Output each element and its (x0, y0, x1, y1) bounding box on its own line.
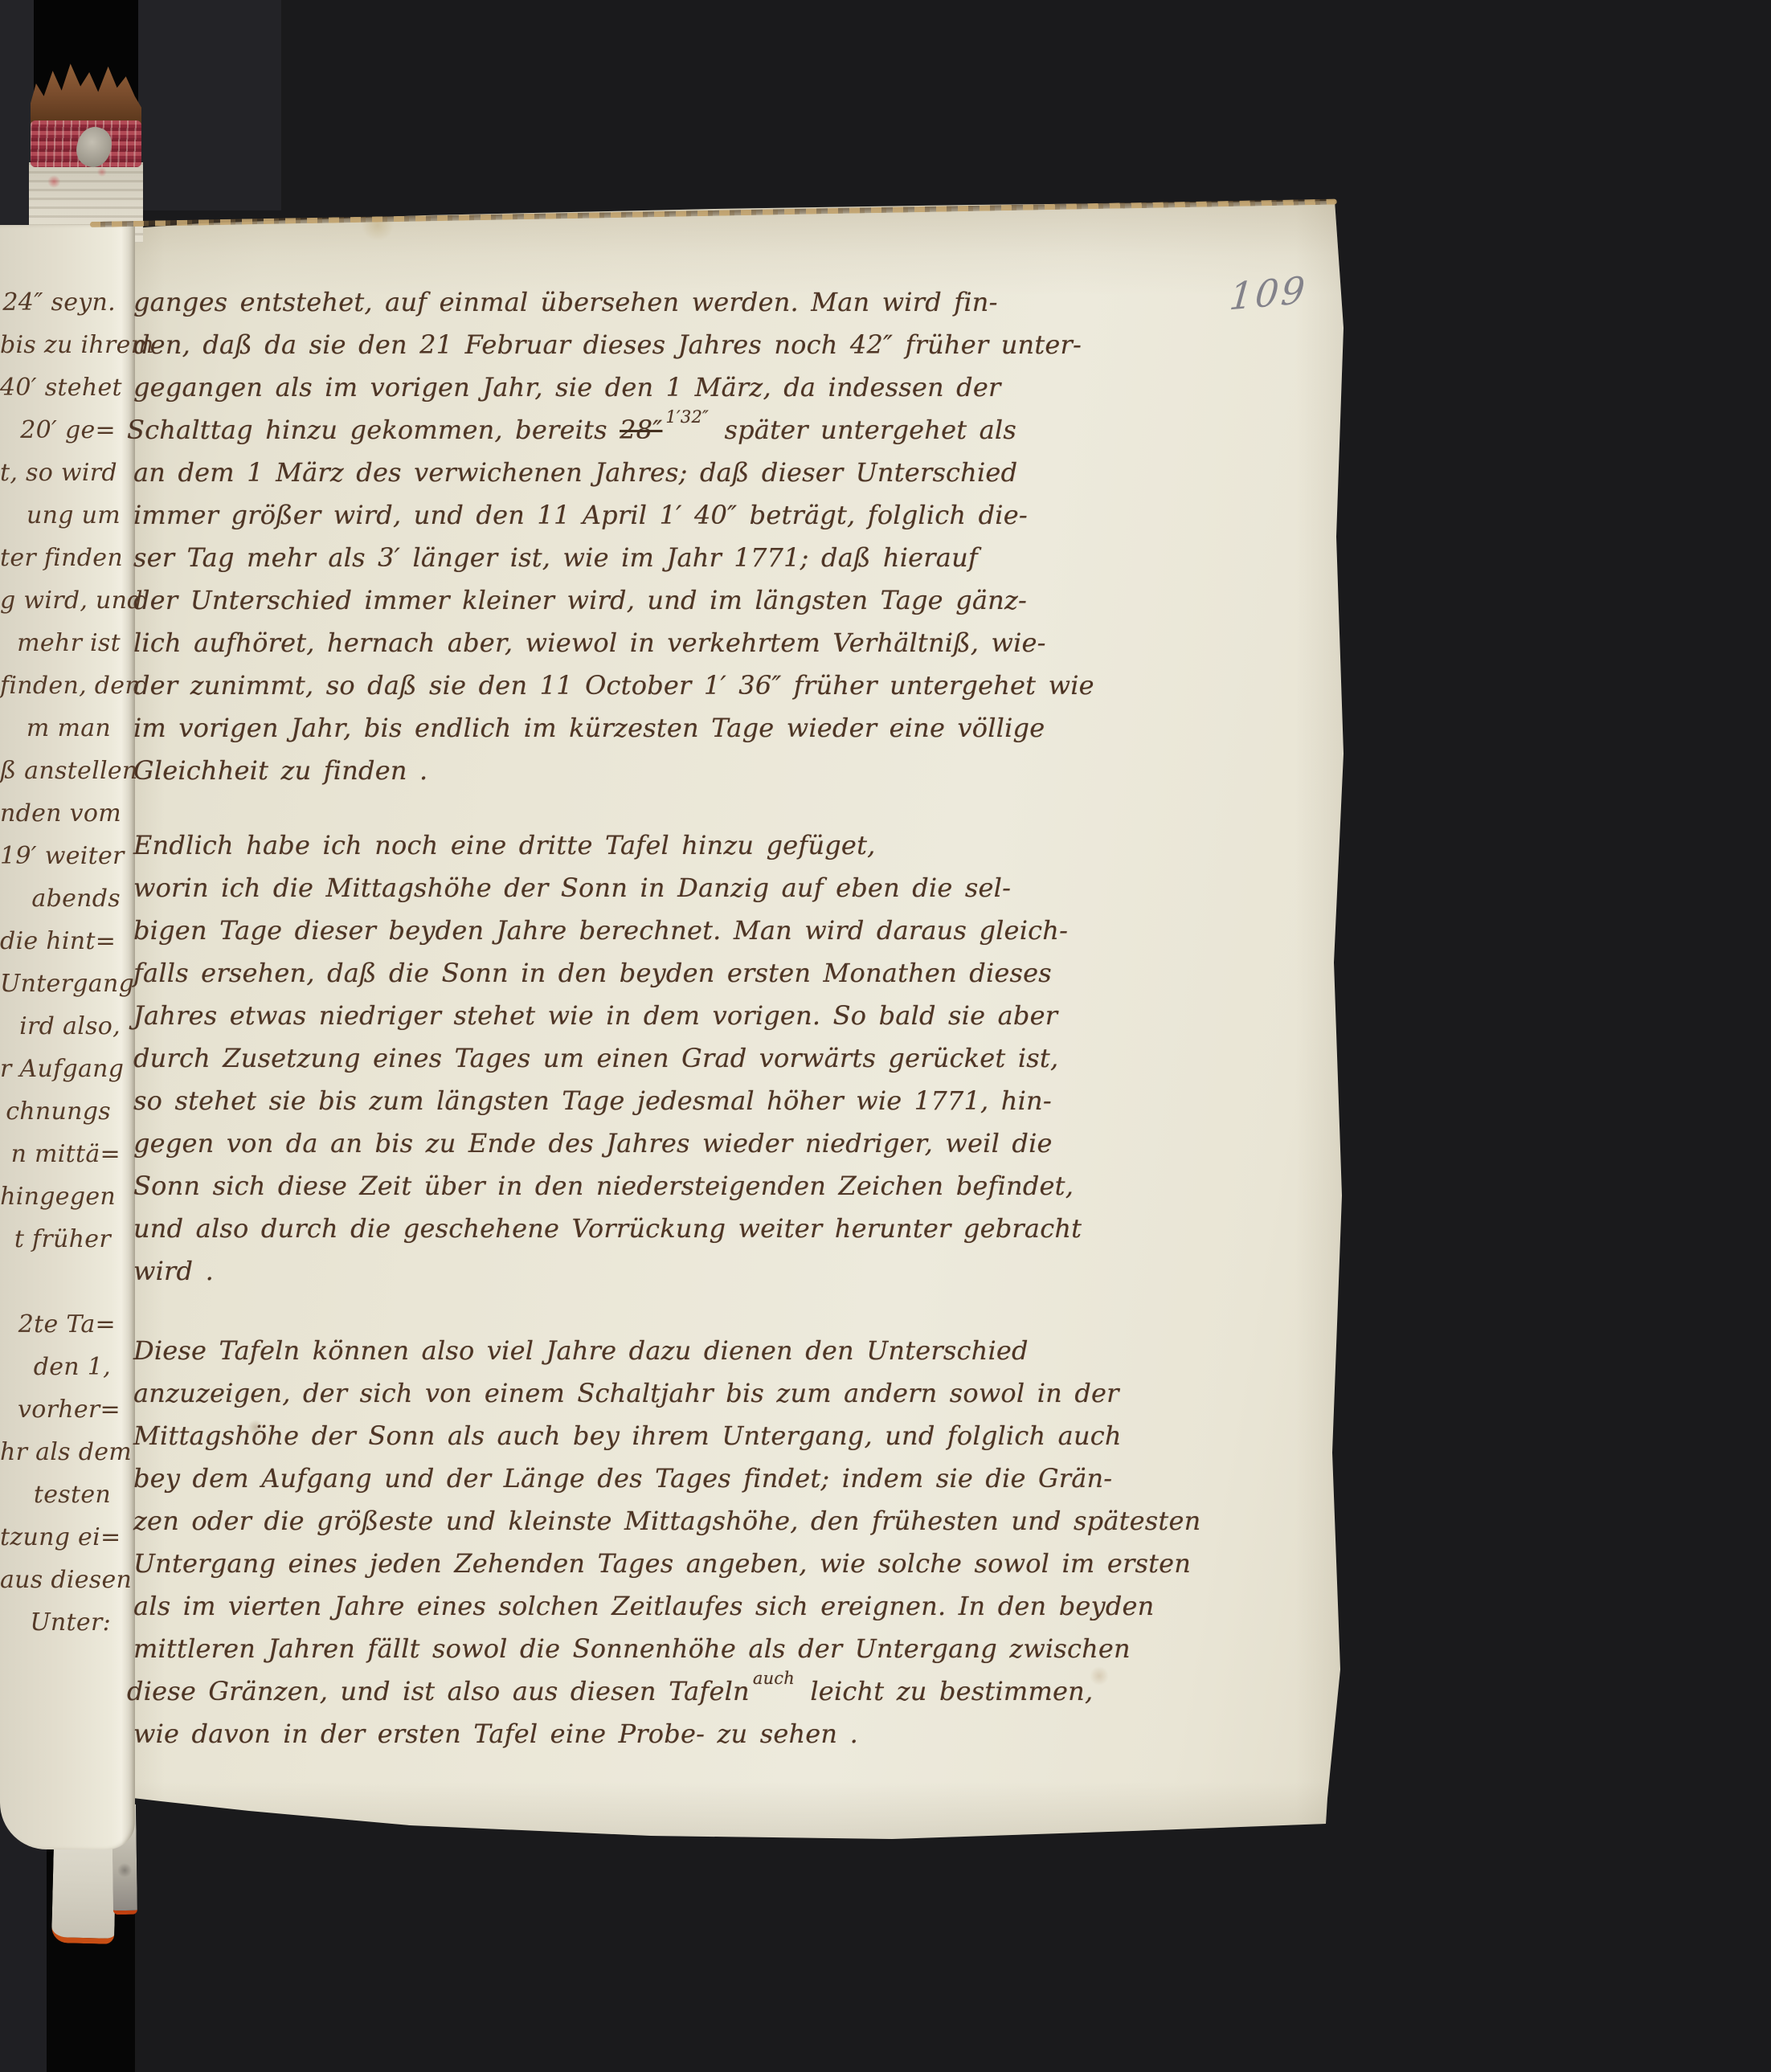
manuscript-line: wie davon in der ersten Tafel eine Probe… (127, 1714, 1173, 1757)
fragment-line (0, 1261, 124, 1303)
manuscript-line: lich aufhöret, hernach aber, wiewol in v… (127, 623, 1173, 666)
fragment-line: Unter: (0, 1601, 124, 1644)
fragment-line: n mittä= (0, 1133, 124, 1175)
manuscript-line: Schalttag hinzu gekommen, bereits 28″1′3… (127, 411, 1173, 453)
fragment-line: ß anstellen (0, 750, 124, 792)
manuscript-line: falls ersehen, daß die Sonn in den beyde… (127, 954, 1173, 996)
manuscript-line: im vorigen Jahr, bis endlich im kürzeste… (127, 709, 1173, 751)
fragment-line: g wird, und (0, 579, 124, 622)
manuscript-line: gegen von da an bis zu Ende des Jahres w… (127, 1124, 1173, 1167)
fragment-line: r Aufgang (0, 1048, 124, 1090)
fragment-line: t früher (0, 1218, 124, 1261)
manuscript-line: diese Gränzen, und ist also aus diesen T… (127, 1672, 1173, 1714)
fragment-line: chnungs (0, 1090, 124, 1133)
manuscript-line: als im vierten Jahre eines solchen Zeitl… (127, 1587, 1173, 1629)
manuscript-line: mittleren Jahren fällt sowol die Sonnenh… (127, 1629, 1173, 1672)
manuscript-line: Mittagshöhe der Sonn als auch bey ihrem … (127, 1416, 1173, 1459)
binding-strap-top-right (138, 0, 281, 210)
fragment-line: ung um (0, 494, 124, 537)
paragraph-1: ganges entstehet, auf einmal übersehen w… (127, 283, 1173, 794)
manuscript-line: gegangen als im vorigen Jahr, sie den 1 … (127, 368, 1173, 411)
fragment-line: ter finden (0, 537, 124, 579)
fragment-line: Untergang (0, 962, 124, 1005)
fragment-line: 20′ ge= (0, 409, 124, 452)
manuscript-line: den, daß da sie den 21 Februar dieses Ja… (127, 325, 1173, 368)
fragment-line: 2te Ta= (0, 1303, 124, 1346)
manuscript-line: an dem 1 März des verwichenen Jahres; da… (127, 453, 1173, 496)
fragment-line: bis zu ihrem (0, 324, 124, 366)
manuscript-line: Gleichheit zu finden . (127, 751, 1173, 794)
manuscript-line: Jahres etwas niedriger stehet wie in dem… (127, 996, 1173, 1039)
manuscript-line: der zunimmt, so daß sie den 11 October 1… (127, 666, 1173, 709)
fragment-line: m man (0, 707, 124, 750)
manuscript-line: bey dem Aufgang und der Länge des Tages … (127, 1459, 1173, 1502)
manuscript-line: und also durch die geschehene Vorrückung… (127, 1209, 1173, 1252)
interlinear-insertion: auch (753, 1669, 795, 1688)
fragment-line: 40′ stehet (0, 366, 124, 409)
fragment-line: 24″ seyn. (0, 281, 124, 324)
paragraph-2: Endlich habe ich noch eine dritte Tafel … (127, 826, 1173, 1294)
fragment-line: mehr ist (0, 622, 124, 664)
manuscript-line: der Unterschied immer kleiner wird, und … (127, 581, 1173, 623)
fragment-line: hr als dem (0, 1431, 124, 1473)
manuscript-line: durch Zusetzung eines Tages um einen Gra… (127, 1039, 1173, 1081)
fragment-line: testen (0, 1473, 124, 1516)
previous-page-line-endings: 24″ seyn.bis zu ihrem40′ stehet20′ ge=t,… (0, 281, 124, 1644)
manuscript-line: zen oder die größeste und kleinste Mitta… (127, 1502, 1173, 1544)
manuscript-line: Endlich habe ich noch eine dritte Tafel … (127, 826, 1173, 868)
fragment-line: aus diesen (0, 1559, 124, 1601)
manuscript-line: Untergang eines jeden Zehenden Tages ang… (127, 1544, 1173, 1587)
interlinear-insertion: 1′32″ (665, 407, 709, 427)
fragment-line: t, so wird (0, 452, 124, 494)
fragment-line: 19′ weiter (0, 835, 124, 877)
fragment-line: hingegen (0, 1175, 124, 1218)
manuscript-line: Sonn sich diese Zeit über in den nieders… (127, 1167, 1173, 1209)
manuscript-line: ganges entstehet, auf einmal übersehen w… (127, 283, 1173, 325)
paragraph-3: Diese Tafeln können also viel Jahre dazu… (127, 1331, 1173, 1757)
manuscript-line: Diese Tafeln können also viel Jahre dazu… (127, 1331, 1173, 1374)
manuscript-line: immer größer wird, und den 11 April 1′ 4… (127, 496, 1173, 538)
manuscript-line: worin ich die Mittagshöhe der Sonn in Da… (127, 868, 1173, 911)
fragment-line: die hint= (0, 920, 124, 962)
manuscript-line: wird . (127, 1252, 1173, 1294)
fragment-line: abends (0, 877, 124, 920)
manuscript-line: so stehet sie bis zum längsten Tage jede… (127, 1081, 1173, 1124)
manuscript-photograph: 24″ seyn.bis zu ihrem40′ stehet20′ ge=t,… (0, 0, 1771, 2072)
strikethrough-correction: 28″ (620, 415, 662, 445)
manuscript-body-text: ganges entstehet, auf einmal übersehen w… (127, 283, 1173, 1757)
previous-page-edge: 24″ seyn.bis zu ihrem40′ stehet20′ ge=t,… (0, 225, 135, 1849)
page-number: 109 (1228, 268, 1309, 318)
fragment-line: finden, den (0, 664, 124, 707)
fragment-line: vorher= (0, 1388, 124, 1431)
fragment-line: tzung ei= (0, 1516, 124, 1559)
manuscript-line: bigen Tage dieser beyden Jahre berechnet… (127, 911, 1173, 954)
binding-strap-bottom-left (0, 1817, 47, 2072)
manuscript-line: ser Tag mehr als 3′ länger ist, wie im J… (127, 538, 1173, 581)
manuscript-line: anzuzeigen, der sich von einem Schaltjah… (127, 1374, 1173, 1416)
fragment-line: nden vom (0, 792, 124, 835)
fragment-line: den 1, (0, 1346, 124, 1388)
fragment-line: ird also, (0, 1005, 124, 1048)
